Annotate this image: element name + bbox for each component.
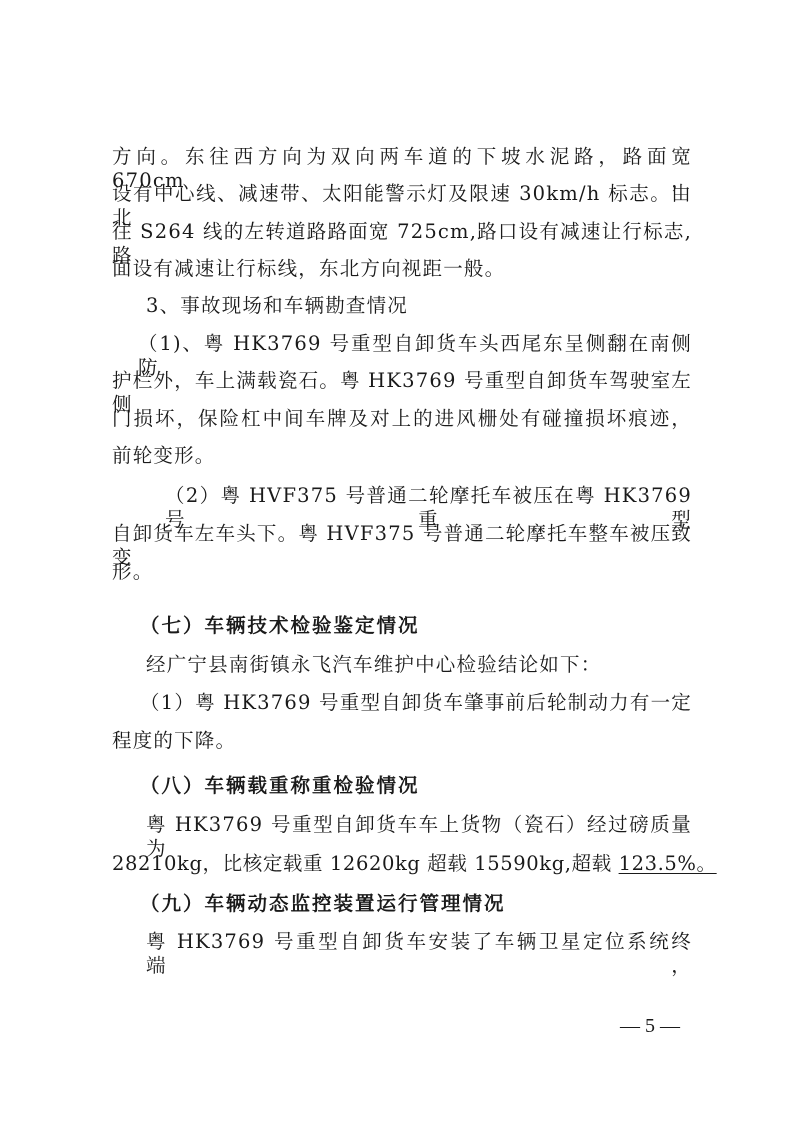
paragraph-line: 前轮变形。: [112, 444, 692, 468]
page-number: — 5 —: [620, 1015, 680, 1038]
paragraph-line: 门损坏，保险杠中间车牌及对上的进风栅处有碰撞损坏痕迹，: [112, 407, 692, 431]
paragraph-line: 形。: [112, 560, 692, 584]
paragraph-line: 面设有减速让行标线，东北方向视距一般。: [112, 257, 692, 281]
paragraph-line: （1）粤 HK3769 号重型自卸货车肇事前后轮制动力有一定: [140, 691, 692, 715]
overload-text: 28210kg，比核定载重 12620kg 超载 15590kg,超载: [112, 852, 619, 875]
section-heading-nine: （九）车辆动态监控装置运行管理情况: [140, 892, 720, 916]
section-heading-eight: （八）车辆载重称重检验情况: [140, 774, 720, 798]
paragraph-line: 经广宁县南街镇永飞汽车维护中心检验结论如下：: [146, 653, 726, 677]
paragraph-line: 粤 HK3769 号重型自卸货车安装了车辆卫星定位系统终端，: [146, 930, 692, 978]
section-heading-seven: （七）车辆技术检验鉴定情况: [140, 614, 720, 638]
section-subheading: 3、事故现场和车辆勘查情况: [146, 294, 686, 318]
overload-percentage: 123.5%。: [619, 852, 717, 875]
paragraph-line: 程度的下降。: [112, 729, 692, 753]
paragraph-line: 28210kg，比核定载重 12620kg 超载 15590kg,超载 123.…: [112, 852, 692, 876]
